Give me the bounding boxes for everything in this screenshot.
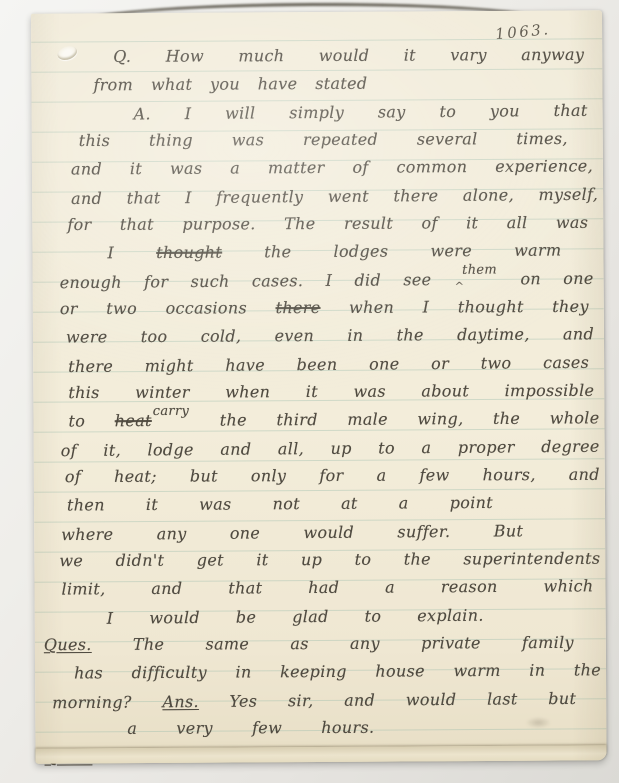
manuscript-line: I thought the lodges were warm bbox=[32, 237, 603, 268]
manuscript-lines: Q. How much would it vary anywayfrom wha… bbox=[31, 41, 606, 772]
underline-word: Ques. bbox=[44, 635, 92, 654]
word-segment: the third male wing, the whole bbox=[190, 408, 599, 430]
word-segment: A. I will simply say to you that bbox=[134, 101, 588, 124]
word-segment: there might have been one or two cases bbox=[68, 353, 589, 376]
word-segment: on one bbox=[498, 269, 594, 289]
word-segment: the lodges were warm bbox=[222, 241, 561, 262]
manuscript-line: of heat; but only for a few hours, and bbox=[34, 462, 605, 492]
word-segment: we didn't get it up to the superintenden… bbox=[59, 549, 600, 570]
word-segment: of it, lodge and all, up to a proper deg… bbox=[61, 437, 600, 460]
word-segment: or two occasions bbox=[60, 298, 276, 318]
manuscript-line: this thing was repeated several times, bbox=[32, 126, 603, 156]
manuscript-line: then it was not at a point bbox=[34, 489, 605, 520]
manuscript-line: or two occasions there when I thought th… bbox=[33, 294, 604, 324]
manuscript-line: were too cold, even in the daytime, and bbox=[33, 321, 604, 352]
word-segment: to bbox=[68, 411, 114, 430]
word-segment: The same as any private family bbox=[92, 633, 574, 654]
smudge-mark bbox=[525, 717, 551, 729]
word-segment: for that purpose. The result of it all w… bbox=[67, 213, 588, 234]
word-segment: were too cold, even in the daytime, and bbox=[66, 324, 594, 346]
manuscript-line: has difficulty in keeping house warm in … bbox=[35, 657, 606, 688]
word-segment: has difficulty in keeping house warm in … bbox=[74, 660, 601, 682]
word-segment: this thing was repeated several times, bbox=[79, 129, 568, 150]
word-segment: and it was a matter of common experience… bbox=[71, 156, 593, 178]
manuscript-line: this winter when it was about impossible bbox=[33, 378, 604, 408]
word-segment: then it was not at a point bbox=[67, 493, 493, 515]
manuscript-line: for that purpose. The result of it all w… bbox=[32, 210, 603, 240]
manuscript-line: to heatcarry the third male wing, the wh… bbox=[33, 405, 604, 436]
manuscript-line: we didn't get it up to the superintenden… bbox=[34, 546, 605, 576]
word-segment: Q. How much would it vary anyway bbox=[113, 45, 584, 66]
word-segment: enough for such cases. I did see bbox=[60, 270, 454, 292]
word-segment: and that I frequently went there alone, … bbox=[71, 185, 598, 208]
word-segment: I would be glad to explain. bbox=[107, 606, 484, 628]
word-segment: when I thought they bbox=[320, 297, 588, 317]
word-segment: limit, and that had a reason which bbox=[61, 576, 593, 598]
word-segment: from what you have stated bbox=[93, 74, 367, 95]
manuscript-line: a very few hours. bbox=[35, 714, 606, 744]
word-segment: Yes sir, and would last but bbox=[199, 689, 577, 711]
word-segment: where any one would suffer. But bbox=[61, 521, 523, 544]
insert-word: carry bbox=[153, 407, 189, 417]
word-segment: this winter when it was about impossible bbox=[68, 381, 594, 402]
underline-word: Ans. bbox=[162, 692, 199, 711]
word-segment: of heat; but only for a few hours, and bbox=[65, 465, 600, 486]
page-number: 1063. bbox=[494, 20, 551, 43]
word-segment: morning? bbox=[52, 692, 162, 712]
manuscript-line: limit, and that had a reason which bbox=[34, 573, 605, 604]
manuscript-line: from what you have stated bbox=[31, 69, 602, 100]
insert-word: them bbox=[462, 266, 497, 276]
strike-word: thought bbox=[156, 243, 222, 262]
word-segment: a very few hours. bbox=[127, 718, 374, 738]
word-segment: I bbox=[107, 243, 156, 262]
strike-word: there bbox=[276, 298, 321, 317]
manuscript-line: and it was a matter of common experience… bbox=[32, 153, 603, 184]
scanned-photo: { "document": { "page_number": "1063.", … bbox=[0, 0, 619, 783]
manuscript-line: Ques. The same as any private family bbox=[35, 630, 606, 660]
manuscript-page: 1063. Q. How much would it vary anywayfr… bbox=[31, 10, 607, 763]
manuscript-line: Q. How much would it vary anyway bbox=[31, 42, 602, 72]
strike-word: heat bbox=[115, 411, 152, 430]
